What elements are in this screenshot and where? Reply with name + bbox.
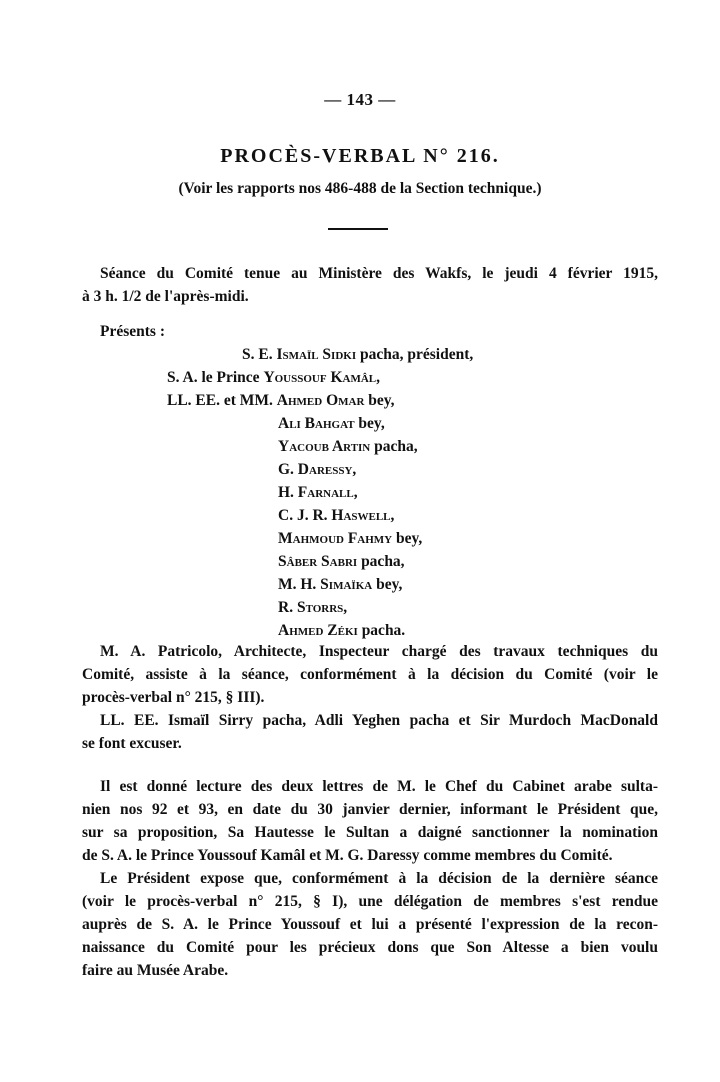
member-row: Sâber Sabri pacha, (278, 550, 405, 573)
president-paragraph: Le Président expose que, conformément à … (82, 867, 658, 982)
member-row: H. Farnall, (278, 481, 358, 504)
section-divider (328, 228, 388, 230)
member-row: G. Daressy, (278, 458, 356, 481)
attendance-label: Présents : (100, 320, 165, 343)
member-row: Ahmed Zéki pacha. (278, 619, 405, 642)
member-row: S. A. le Prince Youssouf Kamâl, (167, 366, 380, 389)
session-line-1: Séance du Comité tenue au Ministère des … (82, 262, 658, 285)
session-paragraph: Séance du Comité tenue au Ministère des … (82, 262, 658, 308)
member-row: R. Storrs, (278, 596, 347, 619)
excused-paragraph: LL. EE. Ismaïl Sirry pacha, Adli Yeghen … (82, 709, 658, 755)
member-row: Mahmoud Fahmy bey, (278, 527, 422, 550)
document-subtitle: (Voir les rapports nos 486-488 de la Sec… (0, 180, 720, 198)
member-row: M. H. Simaïka bey, (278, 573, 402, 596)
member-row: Ali Bahgat bey, (278, 412, 385, 435)
page-number: — 143 — (0, 90, 720, 110)
document-page: — 143 — PROCÈS-VERBAL N° 216. (Voir les … (0, 0, 720, 1082)
member-row: Yacoub Artin pacha, (278, 435, 418, 458)
member-row: S. E. Ismaïl Sidki pacha, président, (242, 343, 473, 366)
member-row: C. J. R. Haswell, (278, 504, 394, 527)
member-row: LL. EE. et MM. Ahmed Omar bey, (167, 389, 395, 412)
session-line-2: à 3 h. 1/2 de l'après-midi. (82, 285, 658, 308)
document-title: PROCÈS-VERBAL N° 216. (0, 145, 720, 168)
letters-paragraph: Il est donné lecture des deux lettres de… (82, 775, 658, 867)
patricolo-paragraph: M. A. Patricolo, Architecte, Inspecteur … (82, 640, 658, 709)
